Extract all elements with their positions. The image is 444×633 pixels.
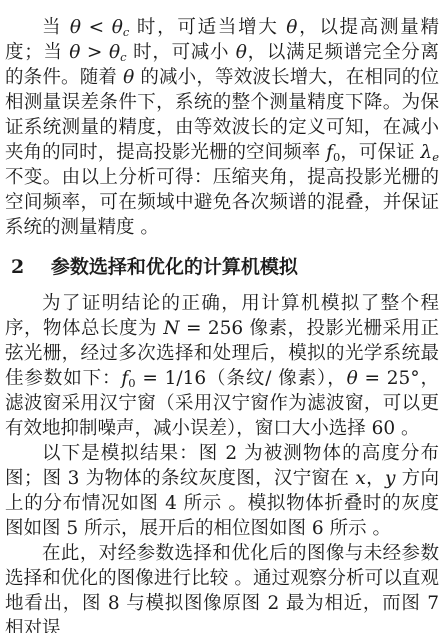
text-run: 在此，对经参数选择和优化后的图像与未经参数选择和优化的图像进行比较 。通过观察分… <box>5 543 439 633</box>
text-run: 不变。由以上分析可得：压缩夹角，提高投影光栅的空间频率，可在频域中避免各次频谱的… <box>5 167 439 238</box>
variable: x <box>355 468 365 489</box>
variable: θ <box>109 42 120 63</box>
variable: y <box>385 468 395 489</box>
paragraph: 以下是模拟结果：图 2 为被测物体的高度分布图；图 3 为物体的条纹灰度图，汉宁… <box>5 441 439 541</box>
paragraph: 在此，对经参数选择和优化后的图像与未经参数选择和优化的图像进行比较 。通过观察分… <box>5 541 439 633</box>
variable: θ <box>112 17 123 38</box>
text-run: ， <box>366 468 385 489</box>
text-run: 当 <box>42 17 70 38</box>
document-body: 当 θ < θc 时，可适当增大 θ，以提高测量精度；当 θ > θc 时，可减… <box>5 15 439 633</box>
page: 当 θ < θc 时，可适当增大 θ，以提高测量精度；当 θ > θc 时，可减… <box>0 0 444 633</box>
subscript: e <box>432 150 439 164</box>
variable: θ <box>286 17 297 38</box>
variable: θ <box>236 42 247 63</box>
subscript: 0 <box>128 376 135 390</box>
paragraph: 为了证明结论的正确，用计算机模拟了整个程序，物体总长度为 N = 256 像素，… <box>5 291 439 441</box>
paragraph: 当 θ < θc 时，可适当增大 θ，以提高测量精度；当 θ > θc 时，可减… <box>5 15 439 240</box>
variable: f <box>326 142 333 163</box>
variable: θ <box>70 17 81 38</box>
variable: θ <box>69 42 80 63</box>
variable: N <box>163 318 179 339</box>
variable: θ <box>347 368 358 389</box>
variable: λ <box>420 142 432 163</box>
section-heading: 2参数选择和优化的计算机模拟 <box>11 255 439 280</box>
text-run: < <box>81 17 112 38</box>
text-run: = 1/16（条纹/ 像素）， <box>136 368 347 389</box>
text-run: 时，可适当增大 <box>129 17 286 38</box>
section-number: 2 <box>11 255 24 280</box>
text-run: ，可保证 <box>340 142 420 163</box>
text-run: 时，可减小 <box>127 42 236 63</box>
text-run: > <box>80 42 109 63</box>
section-title: 参数选择和优化的计算机模拟 <box>51 256 298 278</box>
variable: θ <box>123 67 134 88</box>
